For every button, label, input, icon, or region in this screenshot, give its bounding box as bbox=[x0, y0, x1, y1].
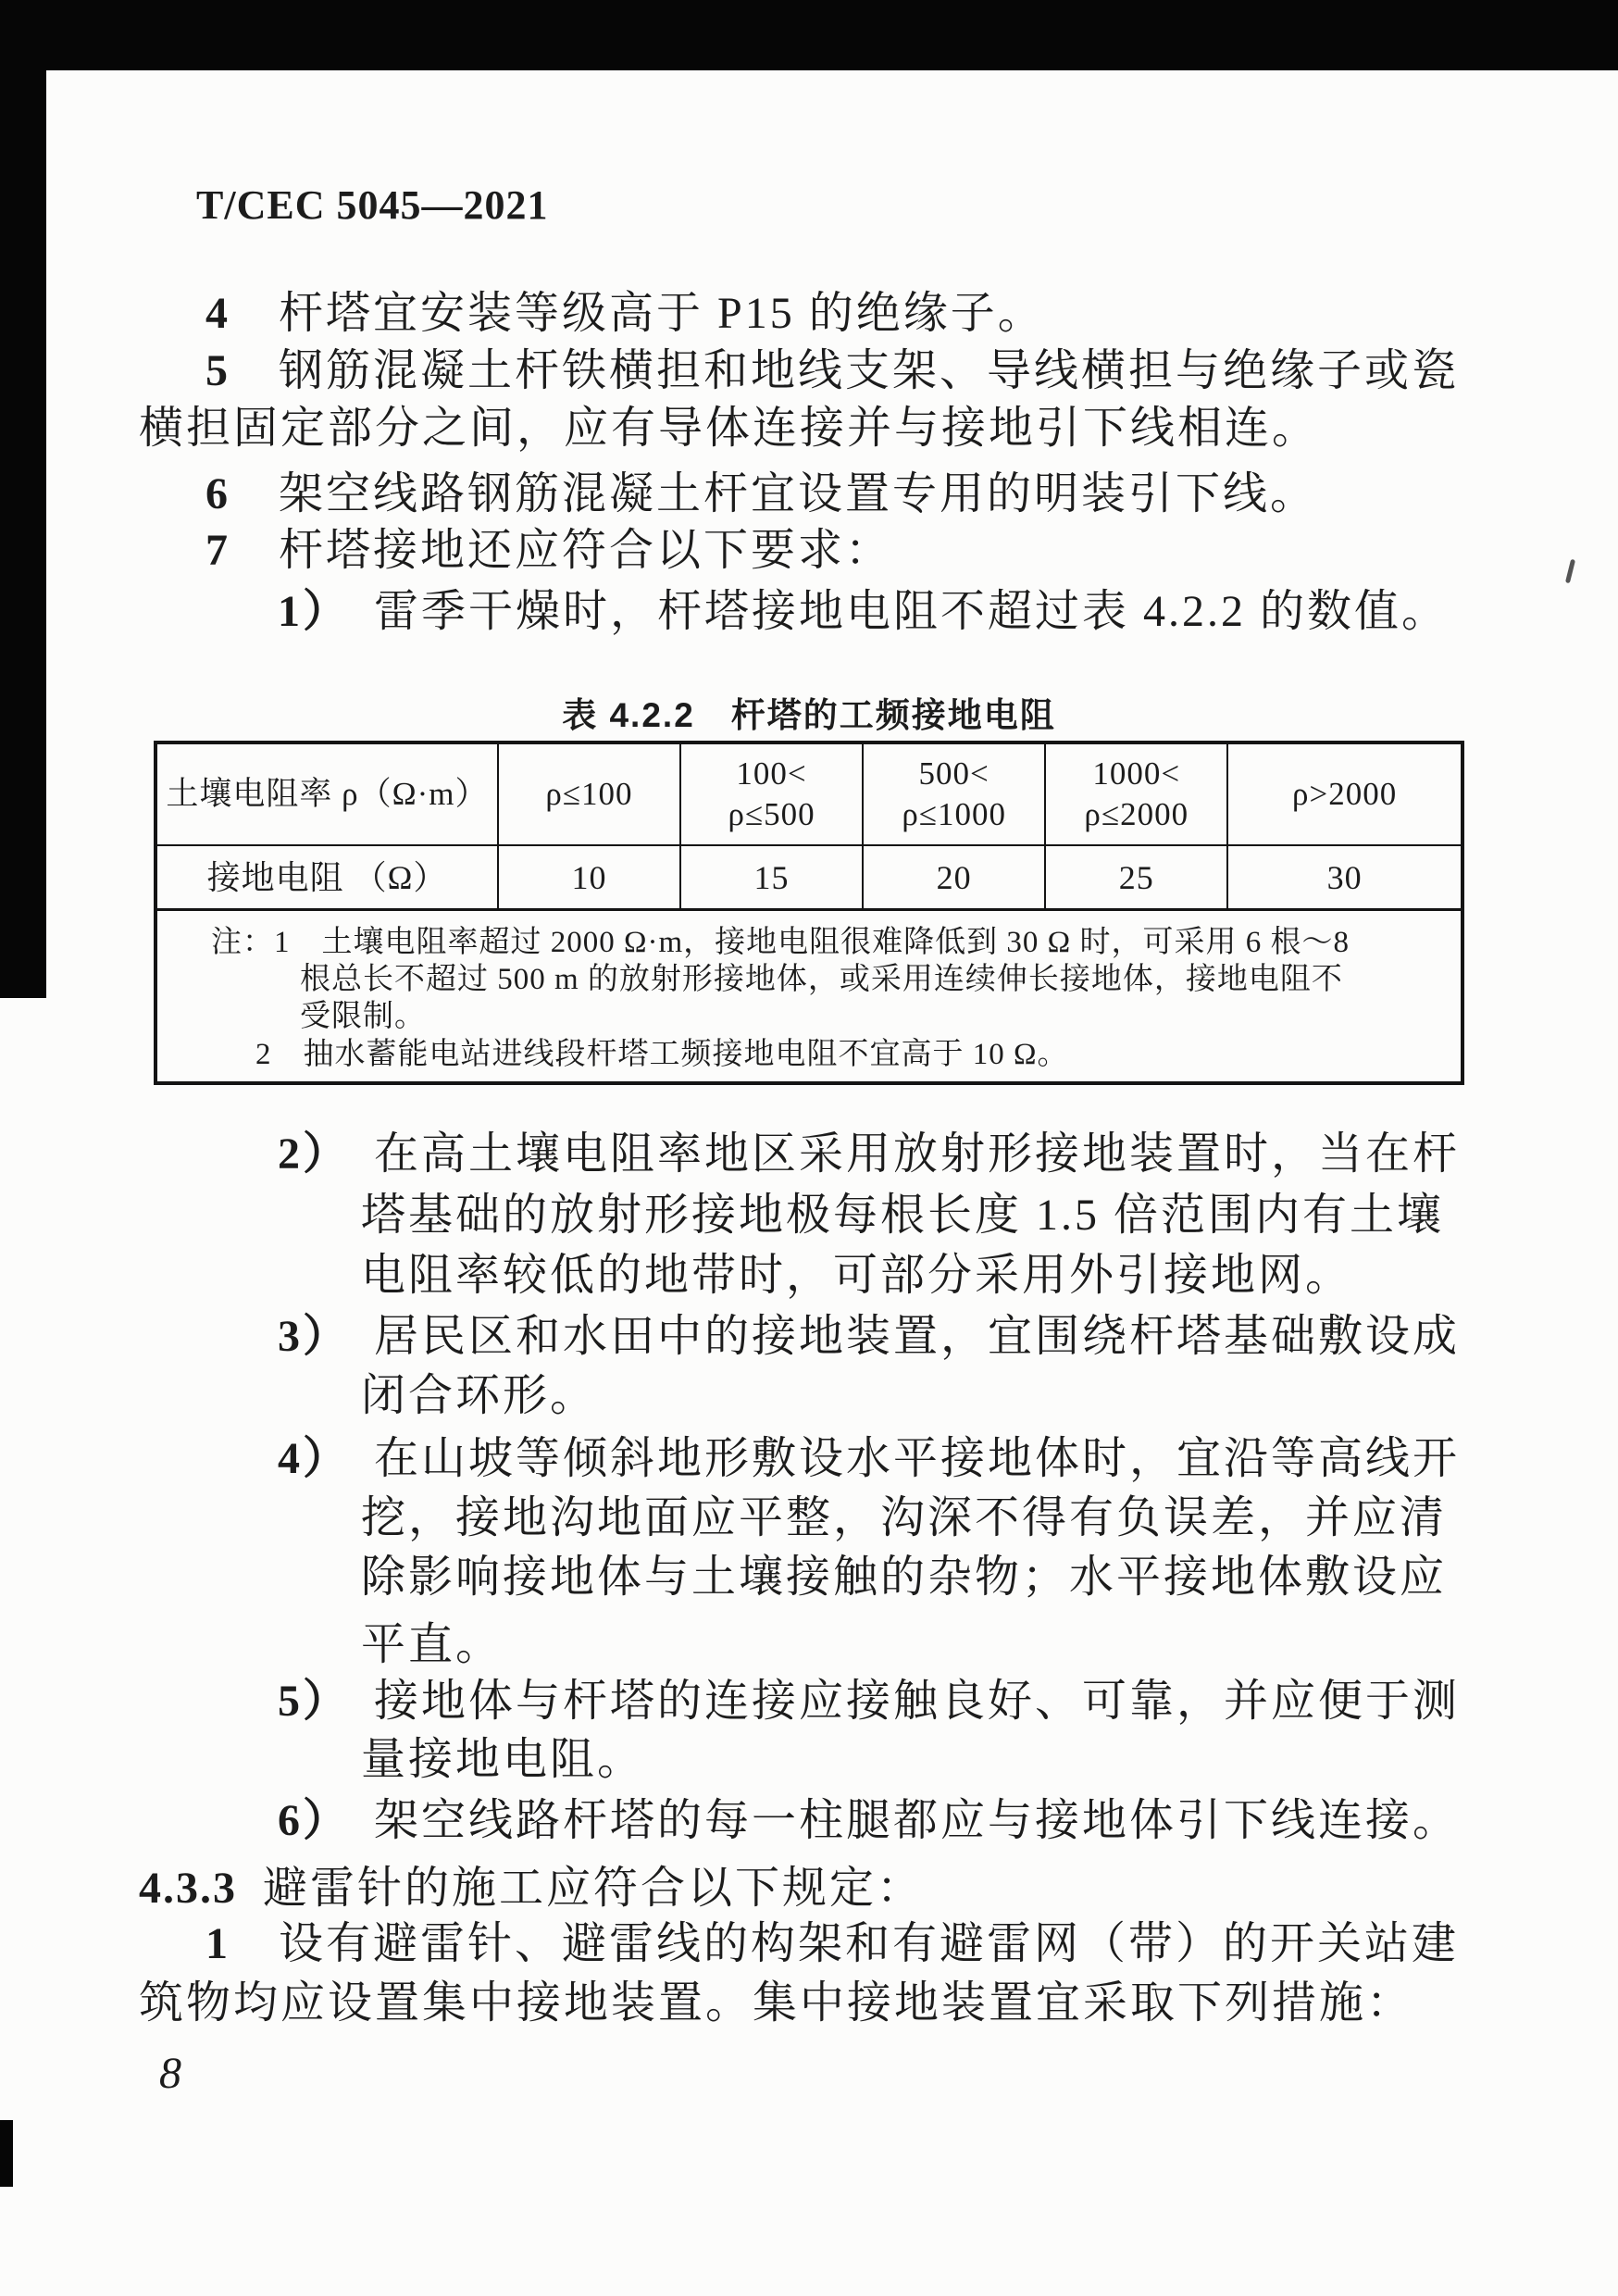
subitem-text: 量接地电阻。 bbox=[361, 1735, 644, 1784]
clause-1-line-2: 筑物均应设置集中接地装置。集中接地装置宜采取下列措施： bbox=[139, 1977, 1413, 2030]
scan-artifact-left-nub bbox=[0, 2120, 13, 2187]
clause-number: 1 bbox=[205, 1919, 230, 1968]
clause-number: 7 bbox=[205, 526, 230, 575]
header-cell-range-4: 1000<ρ≤2000 bbox=[1046, 744, 1228, 844]
range-line-1: ρ>2000 bbox=[1292, 774, 1397, 815]
subitem-4-line-4: 平直。 bbox=[361, 1618, 503, 1672]
note-1-line-3: 受限制。 bbox=[300, 998, 426, 1035]
header-cell-range-3: 500<ρ≤1000 bbox=[864, 744, 1046, 844]
value-cell-5: 30 bbox=[1228, 846, 1461, 908]
clause-number: 5 bbox=[205, 346, 230, 395]
section-4-3-3-line: 4.3.3避雷针的施工应符合以下规定： bbox=[139, 1862, 924, 1915]
table-header-row: 土壤电阻率 ρ（Ω·m） ρ≤100 100<ρ≤500 500<ρ≤1000 … bbox=[157, 744, 1461, 846]
header-cell-text: 土壤电阻率 ρ（Ω·m） bbox=[166, 774, 488, 815]
range-line-2: ρ≤500 bbox=[728, 794, 815, 835]
resistance-value: 15 bbox=[754, 857, 790, 898]
range-line-1: 100< bbox=[736, 754, 806, 794]
subitem-2-line-3: 电阻率较低的地带时，可部分采用外引接地网。 bbox=[361, 1249, 1352, 1303]
subitem-text: 雷季干燥时，杆塔接地电阻不超过表 4.2.2 的数值。 bbox=[374, 587, 1449, 636]
table-value-row: 接地电阻 （Ω） 10 15 20 25 30 bbox=[157, 846, 1461, 911]
clause-text: 横担固定部分之间，应有导体连接并与接地引下线相连。 bbox=[139, 404, 1319, 453]
header-cell-soil-resistivity: 土壤电阻率 ρ（Ω·m） bbox=[157, 744, 499, 844]
clause-text: 架空线路钢筋混凝土杆宜设置专用的明装引下线。 bbox=[279, 469, 1317, 518]
table-notes-block: 注：1 土壤电阻率超过 2000 Ω·m，接地电阻很难降低到 30 Ω 时，可采… bbox=[157, 911, 1461, 1080]
standard-number-header: T/CEC 5045—2021 bbox=[196, 181, 548, 229]
clause-5-line-2: 横担固定部分之间，应有导体连接并与接地引下线相连。 bbox=[139, 402, 1319, 455]
range-line-2: ρ≤2000 bbox=[1084, 794, 1189, 835]
note-2-line-1: 2 抽水蓄能电站进线段杆塔工频接地电阻不宜高于 10 Ω。 bbox=[255, 1036, 1069, 1073]
subitem-3-line-1: 3）居民区和水田中的接地装置，宜围绕杆塔基础敷设成 bbox=[278, 1310, 1460, 1364]
clause-4-line: 4杆塔宜安装等级高于 P15 的绝缘子。 bbox=[205, 287, 1045, 341]
resistance-value: 25 bbox=[1119, 857, 1154, 898]
section-number: 4.3.3 bbox=[139, 1864, 237, 1913]
clause-1-line-1: 1设有避雷针、避雷线的构架和有避雷网（带）的开关站建 bbox=[205, 1917, 1459, 1971]
value-row-label: 接地电阻 （Ω） bbox=[207, 857, 448, 898]
subitem-number: 1） bbox=[278, 587, 350, 636]
value-cell-4: 25 bbox=[1046, 846, 1228, 908]
subitem-text: 除影响接地体与土壤接触的杂物；水平接地体敷设应 bbox=[361, 1553, 1447, 1602]
resistance-value: 20 bbox=[937, 857, 972, 898]
subitem-text: 接地体与杆塔的连接应接触良好、可靠，并应便于测 bbox=[374, 1677, 1460, 1726]
clause-number: 6 bbox=[205, 469, 230, 518]
subitem-text: 架空线路杆塔的每一柱腿都应与接地体引下线连接。 bbox=[374, 1796, 1460, 1845]
subitem-3-line-2: 闭合环形。 bbox=[361, 1369, 597, 1423]
header-cell-range-5: ρ>2000 bbox=[1228, 744, 1461, 844]
subitem-number: 3） bbox=[278, 1312, 350, 1361]
subitem-text: 挖，接地沟地面应平整，沟深不得有负误差，并应清 bbox=[361, 1493, 1447, 1542]
subitem-5-line-2: 量接地电阻。 bbox=[361, 1733, 644, 1787]
subitem-text: 塔基础的放射形接地极每根长度 1.5 倍范围内有土壤 bbox=[361, 1191, 1444, 1240]
clause-6-line: 6架空线路钢筋混凝土杆宜设置专用的明装引下线。 bbox=[205, 468, 1317, 521]
range-line-1: 500< bbox=[919, 754, 989, 794]
resistance-value: 30 bbox=[1327, 857, 1363, 898]
section-text: 避雷针的施工应符合以下规定： bbox=[263, 1864, 924, 1913]
clause-text: 设有避雷针、避雷线的构架和有避雷网（带）的开关站建 bbox=[279, 1919, 1459, 1968]
subitem-2-line-2: 塔基础的放射形接地极每根长度 1.5 倍范围内有土壤 bbox=[361, 1189, 1444, 1242]
note-1-line-1: 注：1 土壤电阻率超过 2000 Ω·m，接地电阻很难降低到 30 Ω 时，可采… bbox=[211, 924, 1350, 961]
resistance-value: 10 bbox=[571, 857, 606, 898]
subitem-number: 2） bbox=[278, 1129, 350, 1179]
subitem-2-line-1: 2）在高土壤电阻率地区采用放射形接地装置时，当在杆 bbox=[278, 1128, 1460, 1181]
subitem-6-line: 6）架空线路杆塔的每一柱腿都应与接地体引下线连接。 bbox=[278, 1794, 1460, 1848]
range-line-1: 1000< bbox=[1092, 754, 1180, 794]
subitem-text: 在山坡等倾斜地形敷设水平接地体时，宜沿等高线开 bbox=[374, 1434, 1460, 1483]
subitem-number: 5） bbox=[278, 1677, 350, 1726]
clause-text: 杆塔接地还应符合以下要求： bbox=[279, 526, 892, 575]
note-1-line-2: 根总长不超过 500 m 的放射形接地体，或采用连续伸长接地体，接地电阻不 bbox=[300, 961, 1343, 998]
subitem-5-line-1: 5）接地体与杆塔的连接应接触良好、可靠，并应便于测 bbox=[278, 1675, 1460, 1728]
range-line-2: ρ≤1000 bbox=[902, 794, 1006, 835]
clause-text: 杆塔宜安装等级高于 P15 的绝缘子。 bbox=[279, 289, 1045, 338]
subitem-1-line: 1）雷季干燥时，杆塔接地电阻不超过表 4.2.2 的数值。 bbox=[278, 585, 1449, 639]
value-cell-2: 15 bbox=[681, 846, 864, 908]
scan-artifact-left-strip bbox=[0, 0, 46, 998]
subitem-text: 在高土壤电阻率地区采用放射形接地装置时，当在杆 bbox=[374, 1129, 1460, 1179]
subitem-text: 居民区和水田中的接地装置，宜围绕杆塔基础敷设成 bbox=[374, 1312, 1460, 1361]
clause-text: 钢筋混凝土杆铁横担和地线支架、导线横担与绝缘子或瓷 bbox=[279, 346, 1459, 395]
document-page: T/CEC 5045—2021 4杆塔宜安装等级高于 P15 的绝缘子。 5钢筋… bbox=[0, 0, 1618, 2296]
clause-5-line-1: 5钢筋混凝土杆铁横担和地线支架、导线横担与绝缘子或瓷 bbox=[205, 344, 1459, 398]
clause-7-line: 7杆塔接地还应符合以下要求： bbox=[205, 524, 892, 578]
header-cell-range-2: 100<ρ≤500 bbox=[681, 744, 864, 844]
page-number: 8 bbox=[159, 2048, 181, 2099]
subitem-text: 电阻率较低的地带时，可部分采用外引接地网。 bbox=[361, 1251, 1352, 1300]
subitem-4-line-3: 除影响接地体与土壤接触的杂物；水平接地体敷设应 bbox=[361, 1551, 1447, 1604]
value-cell-3: 20 bbox=[864, 846, 1046, 908]
scan-speck bbox=[1565, 559, 1575, 583]
subitem-number: 4） bbox=[278, 1434, 350, 1483]
subitem-text: 闭合环形。 bbox=[361, 1371, 597, 1420]
table-caption: 表 4.2.2 杆塔的工频接地电阻 bbox=[154, 687, 1464, 737]
value-cell-label: 接地电阻 （Ω） bbox=[157, 846, 499, 908]
subitem-number: 6） bbox=[278, 1796, 350, 1845]
clause-text: 筑物均应设置集中接地装置。集中接地装置宜采取下列措施： bbox=[139, 1978, 1413, 2028]
range-line-1: ρ≤100 bbox=[545, 774, 632, 815]
subitem-4-line-2: 挖，接地沟地面应平整，沟深不得有负误差，并应清 bbox=[361, 1491, 1447, 1545]
clause-number: 4 bbox=[205, 289, 230, 338]
value-cell-1: 10 bbox=[499, 846, 681, 908]
subitem-4-line-1: 4）在山坡等倾斜地形敷设水平接地体时，宜沿等高线开 bbox=[278, 1432, 1460, 1486]
scan-artifact-top-bar bbox=[0, 0, 1618, 70]
grounding-resistance-table: 土壤电阻率 ρ（Ω·m） ρ≤100 100<ρ≤500 500<ρ≤1000 … bbox=[154, 741, 1464, 1085]
header-cell-range-1: ρ≤100 bbox=[499, 744, 681, 844]
subitem-text: 平直。 bbox=[361, 1620, 503, 1669]
